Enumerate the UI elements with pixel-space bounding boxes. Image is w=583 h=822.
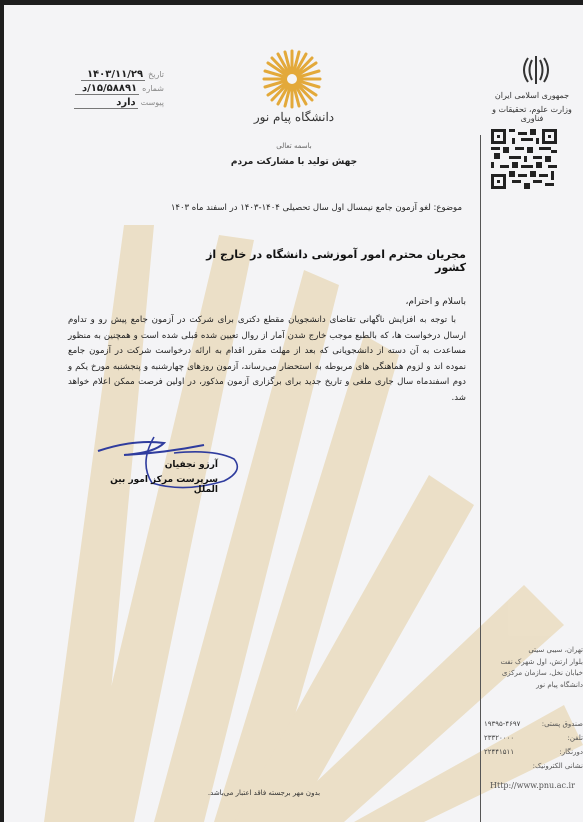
bismillah: باسمه تعالی <box>254 142 334 150</box>
footer-note: بدون مهر برجسته فاقد اعتبار می‌باشد. <box>184 789 344 797</box>
po-box-value: ۱۹۳۹۵-۴۶۹۷ <box>484 717 520 731</box>
fax-row: دورنگار: ۲۲۴۴۱۵۱۱ <box>484 745 583 759</box>
margin-divider <box>480 135 481 822</box>
address-block: تهران، سیبی سیتی بلوار ارتش، اول شهرک نف… <box>484 645 583 691</box>
letter-meta: تاریخ ۱۴۰۳/۱۱/۲۹ شماره ۱۵/۵۸۸۹۱/د پیوست … <box>24 69 164 111</box>
body-paragraph: با توجه به افزایش ناگهانی تقاضای دانشجوی… <box>68 313 466 407</box>
sunburst-logo-icon <box>262 49 322 109</box>
letter-body: با توجه به افزایش ناگهانی تقاضای دانشجوی… <box>68 313 466 407</box>
address-line: تهران، سیبی سیتی <box>484 645 583 657</box>
iran-emblem-icon <box>518 52 554 88</box>
number-label: شماره <box>142 84 164 93</box>
phone-label: تلفن: <box>568 731 583 745</box>
fax-label: دورنگار: <box>559 745 583 759</box>
letter-subject: موضوع: لغو آزمون جامع نیمسال اول سال تحص… <box>144 203 462 213</box>
address-line: دانشگاه پیام نور <box>484 680 583 692</box>
letter-recipient: مجریان محترم امور آموزشی دانشگاه در خارج… <box>204 248 466 274</box>
email-label: نشانی الکترونیک: <box>533 759 583 773</box>
qr-code-icon[interactable] <box>491 129 557 189</box>
phone-value: ۲۳۳۲۰۰۰۰ <box>484 731 514 745</box>
address-line: خیابان نخل، سازمان مرکزی <box>484 668 583 680</box>
date-label: تاریخ <box>148 70 164 79</box>
email-row: نشانی الکترونیک: <box>484 759 583 773</box>
po-box-row: صندوق پستی: ۱۹۳۹۵-۴۶۹۷ <box>484 717 583 731</box>
attachment-label: پیوست <box>141 98 164 107</box>
po-box-label: صندوق پستی: <box>542 717 583 731</box>
phone-row: تلفن: ۲۳۳۲۰۰۰۰ <box>484 731 583 745</box>
number-row: شماره ۱۵/۵۸۸۹۱/د <box>24 83 164 97</box>
background-sunburst-watermark <box>4 5 583 822</box>
attachment-row: پیوست دارد <box>24 97 164 111</box>
signatory-title: سرپرست مرکز امور بین الملل <box>98 475 218 490</box>
university-name: دانشگاه پیام نور <box>244 110 344 124</box>
letter-greeting: باسلام و احترام، <box>204 297 466 307</box>
signatory-name: آرزو نجفیان <box>98 460 218 475</box>
slogan: جهش تولید با مشارکت مردم <box>224 157 364 167</box>
address-line: بلوار ارتش، اول شهرک نفت <box>484 657 583 669</box>
gov-line-1: جمهوری اسلامی ایران <box>482 91 582 100</box>
attachment-value: دارد <box>74 97 138 109</box>
date-value: ۱۴۰۳/۱۱/۲۹ <box>81 69 145 81</box>
signatory-block: آرزو نجفیان سرپرست مرکز امور بین الملل <box>98 460 218 490</box>
gov-line-2: وزارت علوم، تحقیقات و فناوری <box>482 105 582 123</box>
number-value: ۱۵/۵۸۸۹۱/د <box>75 83 139 95</box>
fax-value: ۲۲۴۴۱۵۱۱ <box>484 745 514 759</box>
date-row: تاریخ ۱۴۰۳/۱۱/۲۹ <box>24 69 164 83</box>
contact-block: صندوق پستی: ۱۹۳۹۵-۴۶۹۷ تلفن: ۲۳۳۲۰۰۰۰ دو… <box>484 717 583 773</box>
website-link[interactable]: Http://www.pnu.ac.ir <box>490 781 583 790</box>
letter-page: تاریخ ۱۴۰۳/۱۱/۲۹ شماره ۱۵/۵۸۸۹۱/د پیوست … <box>4 5 583 822</box>
